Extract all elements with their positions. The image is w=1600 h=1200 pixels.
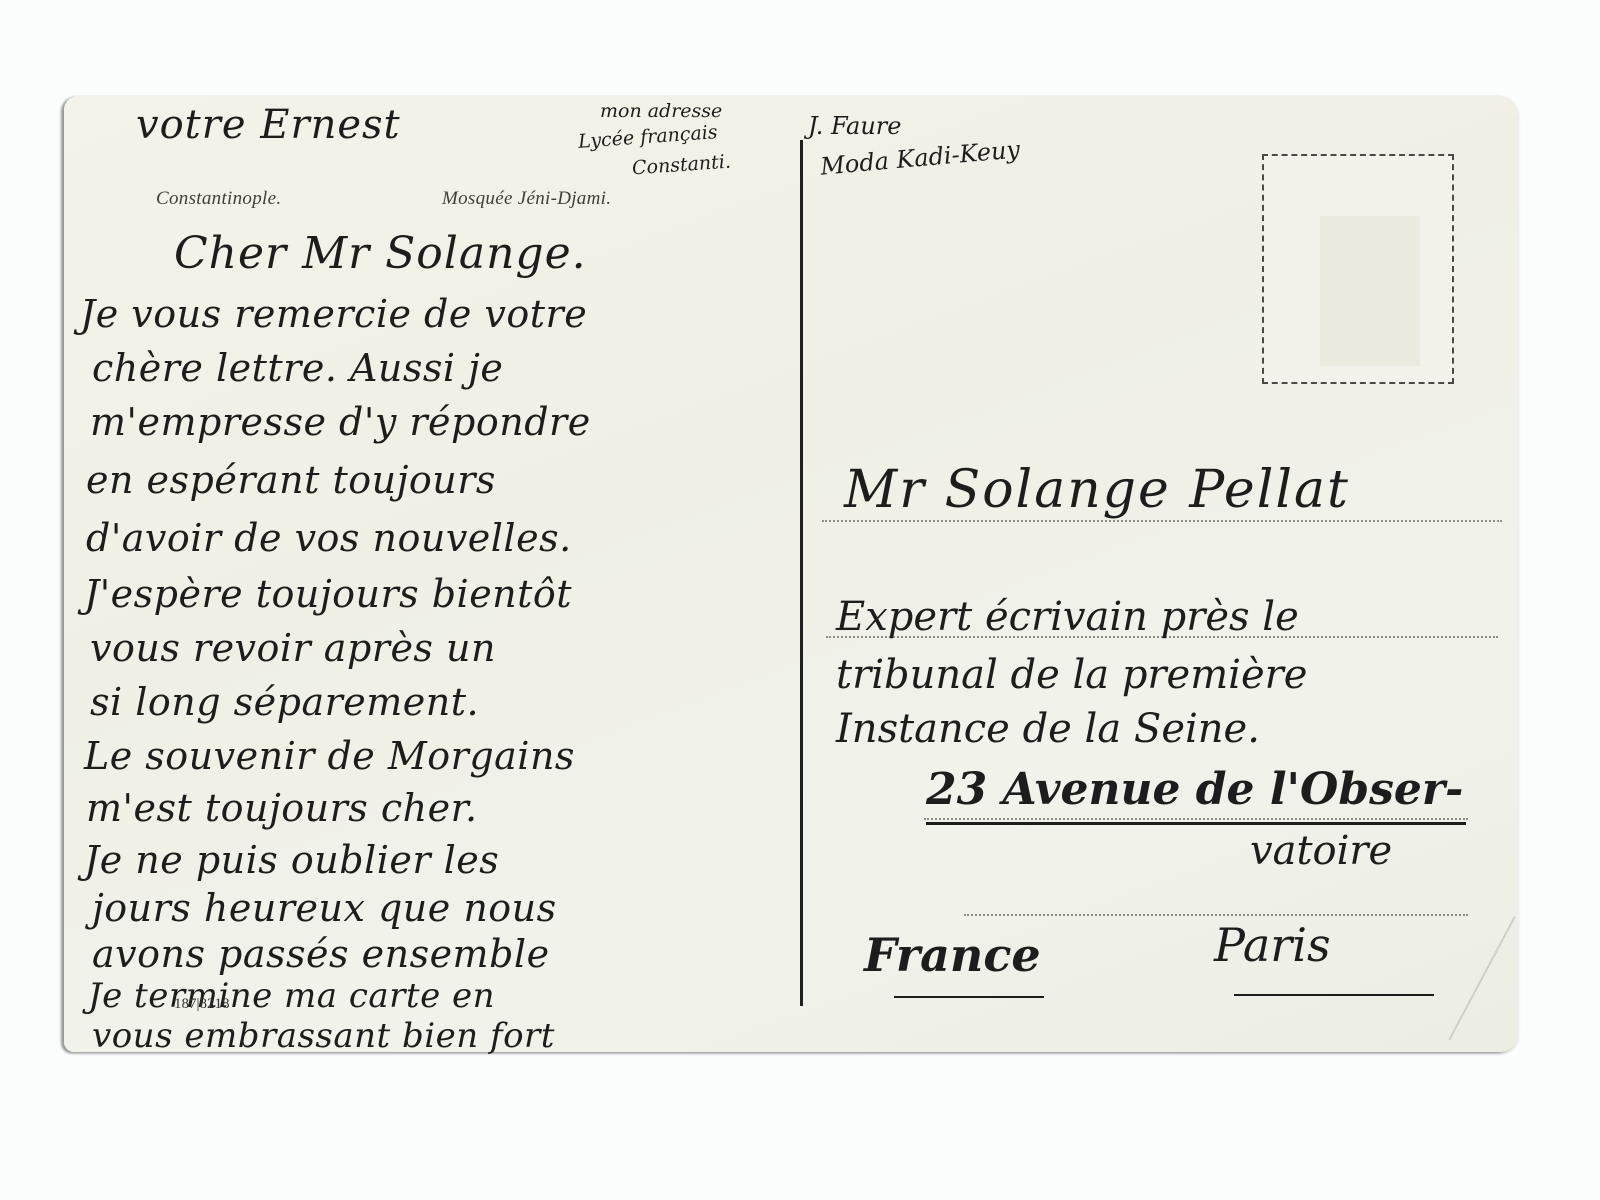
street-underline: [926, 822, 1466, 825]
sender-name: J. Faure: [808, 112, 901, 140]
divider-line: [800, 140, 803, 1006]
message-line: vous revoir après un: [90, 626, 496, 670]
message-line: m'est toujours cher.: [86, 786, 478, 830]
recipient-name: Mr Solange Pellat: [844, 460, 1350, 520]
place-caption: Constantinople.: [156, 188, 281, 210]
serial-number: 187|8218: [174, 996, 230, 1013]
address-guide-line: [822, 520, 1502, 522]
crease-mark: [1448, 916, 1515, 1041]
stamp-placeholder: [1262, 154, 1454, 384]
country-underline: [894, 996, 1044, 998]
message-line: jours heureux que nous: [92, 886, 557, 930]
address-line-2: tribunal de la première: [836, 652, 1307, 698]
message-line: J'espère toujours bientôt: [84, 572, 572, 616]
city-underline: [1234, 994, 1434, 996]
message-greeting: Cher Mr Solange.: [174, 228, 587, 279]
signature: votre Ernest: [136, 102, 401, 148]
stamp-ghost-mark: [1320, 216, 1420, 366]
street-address: 23 Avenue de l'Obser-: [926, 764, 1463, 815]
message-line: en espérant toujours: [86, 458, 496, 502]
message-line: vous embrassant bien fort: [92, 1016, 555, 1056]
city: Paris: [1214, 918, 1331, 972]
address-guide-line: [924, 818, 1468, 820]
street-address-continued: vatoire: [1250, 828, 1392, 874]
address-guide-line: [964, 914, 1468, 916]
message-line: d'avoir de vos nouvelles.: [86, 516, 572, 560]
subject-caption: Mosquée Jéni-Djami.: [442, 188, 611, 210]
sender-locality: Moda Kadi-Keuy: [819, 135, 1021, 180]
return-address-line-3: Constanti.: [631, 151, 731, 180]
message-line: si long séparement.: [90, 680, 479, 724]
postcard: votre Ernest mon adresse Lycée français …: [64, 96, 1518, 1052]
message-line: Je vous remercie de votre: [80, 292, 587, 336]
return-address-line-1: mon adresse: [600, 100, 722, 122]
country: France: [864, 928, 1041, 982]
return-address-line-2: Lycée français: [577, 121, 718, 153]
message-line: Je termine ma carte en: [88, 976, 495, 1016]
message-line: Je ne puis oublier les: [84, 838, 499, 882]
address-line-1: Expert écrivain près le: [836, 594, 1299, 640]
message-line: Le souvenir de Morgains: [84, 734, 575, 778]
message-line: avons passés ensemble: [92, 932, 550, 976]
address-line-3: Instance de la Seine.: [836, 706, 1260, 752]
message-line: m'empresse d'y répondre: [90, 400, 591, 444]
message-line: chère lettre. Aussi je: [92, 346, 503, 390]
